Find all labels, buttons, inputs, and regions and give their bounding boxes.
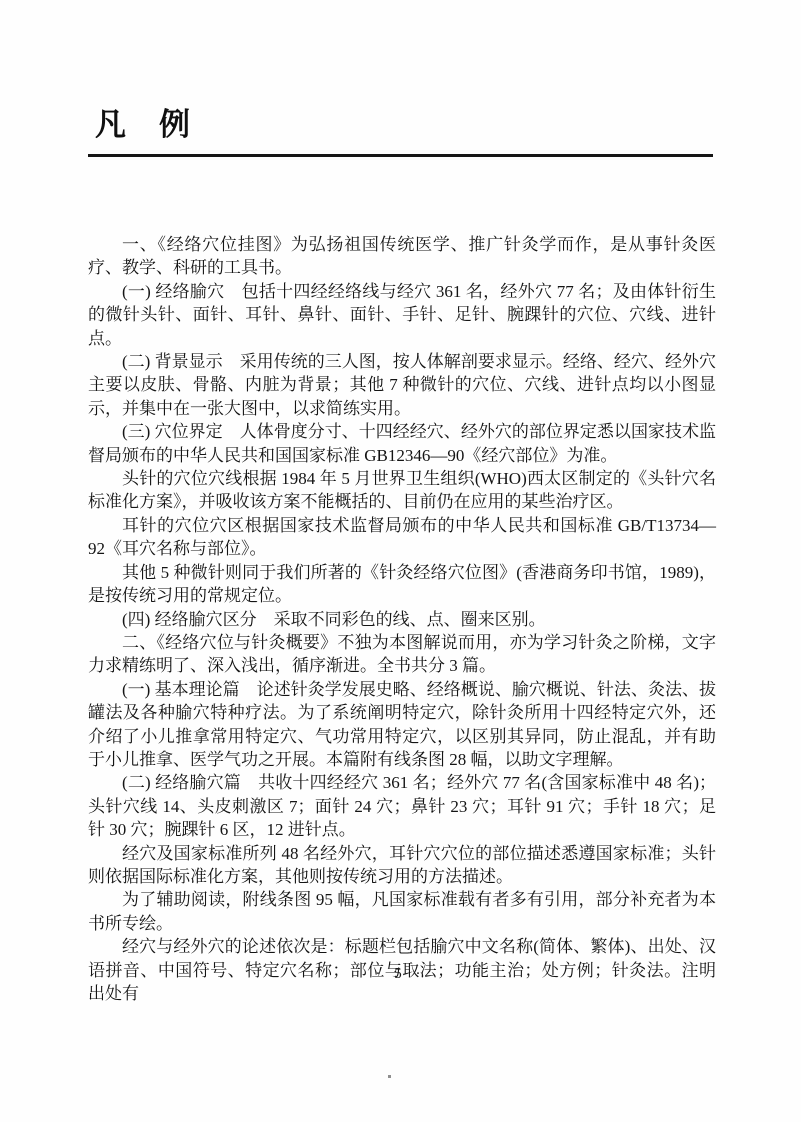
page-title: 凡 例 — [95, 99, 191, 144]
title-divider — [88, 154, 713, 157]
book-page: 凡 例 一、《经络穴位挂图》为弘扬祖国传统医学、推广针灸学而作，是从事针灸医疗、… — [0, 0, 801, 1122]
paragraph: 二、《经络穴位与针灸概要》不独为本图解说而用，亦为学习针灸之阶梯，文字力求精练明… — [88, 631, 716, 678]
page-number: · 5 · — [0, 966, 801, 983]
paragraph: 经穴及国家标准所列 48 名经外穴，耳针穴穴位的部位描述悉遵国家标准；头针则依据… — [88, 842, 716, 889]
paragraph: (二) 经络腧穴篇 共收十四经经穴 361 名；经外穴 77 名(含国家标准中 … — [88, 771, 716, 841]
paragraph: (一) 经络腧穴 包括十四经经络线与经穴 361 名，经外穴 77 名；及由体针… — [88, 280, 716, 350]
paragraph: 一、《经络穴位挂图》为弘扬祖国传统医学、推广针灸学而作，是从事针灸医疗、教学、科… — [88, 233, 716, 280]
paragraph: (四) 经络腧穴区分 采取不同彩色的线、点、圈来区别。 — [88, 608, 716, 631]
paragraph: (二) 背景显示 采用传统的三人图，按人体解剖要求显示。经络、经穴、经外穴主要以… — [88, 350, 716, 420]
paragraph: (一) 基本理论篇 论述针灸学发展史略、经络概说、腧穴概说、针法、灸法、拔罐法及… — [88, 678, 716, 772]
paragraph: 耳针的穴位穴区根据国家技术监督局颁布的中华人民共和国标准 GB/T13734—9… — [88, 514, 716, 561]
scan-artifact-dot — [388, 1075, 391, 1078]
paragraph: 为了辅助阅读，附线条图 95 幅，凡国家标准载有者多有引用，部分补充者为本书所专… — [88, 888, 716, 935]
body-text: 一、《经络穴位挂图》为弘扬祖国传统医学、推广针灸学而作，是从事针灸医疗、教学、科… — [88, 233, 716, 1005]
paragraph: 头针的穴位穴线根据 1984 年 5 月世界卫生组织(WHO)西太区制定的《头针… — [88, 467, 716, 514]
paragraph: (三) 穴位界定 人体骨度分寸、十四经经穴、经外穴的部位界定悉以国家技术监督局颁… — [88, 420, 716, 467]
paragraph: 其他 5 种微针则同于我们所著的《针灸经络穴位图》(香港商务印书馆，1989)，… — [88, 561, 716, 608]
